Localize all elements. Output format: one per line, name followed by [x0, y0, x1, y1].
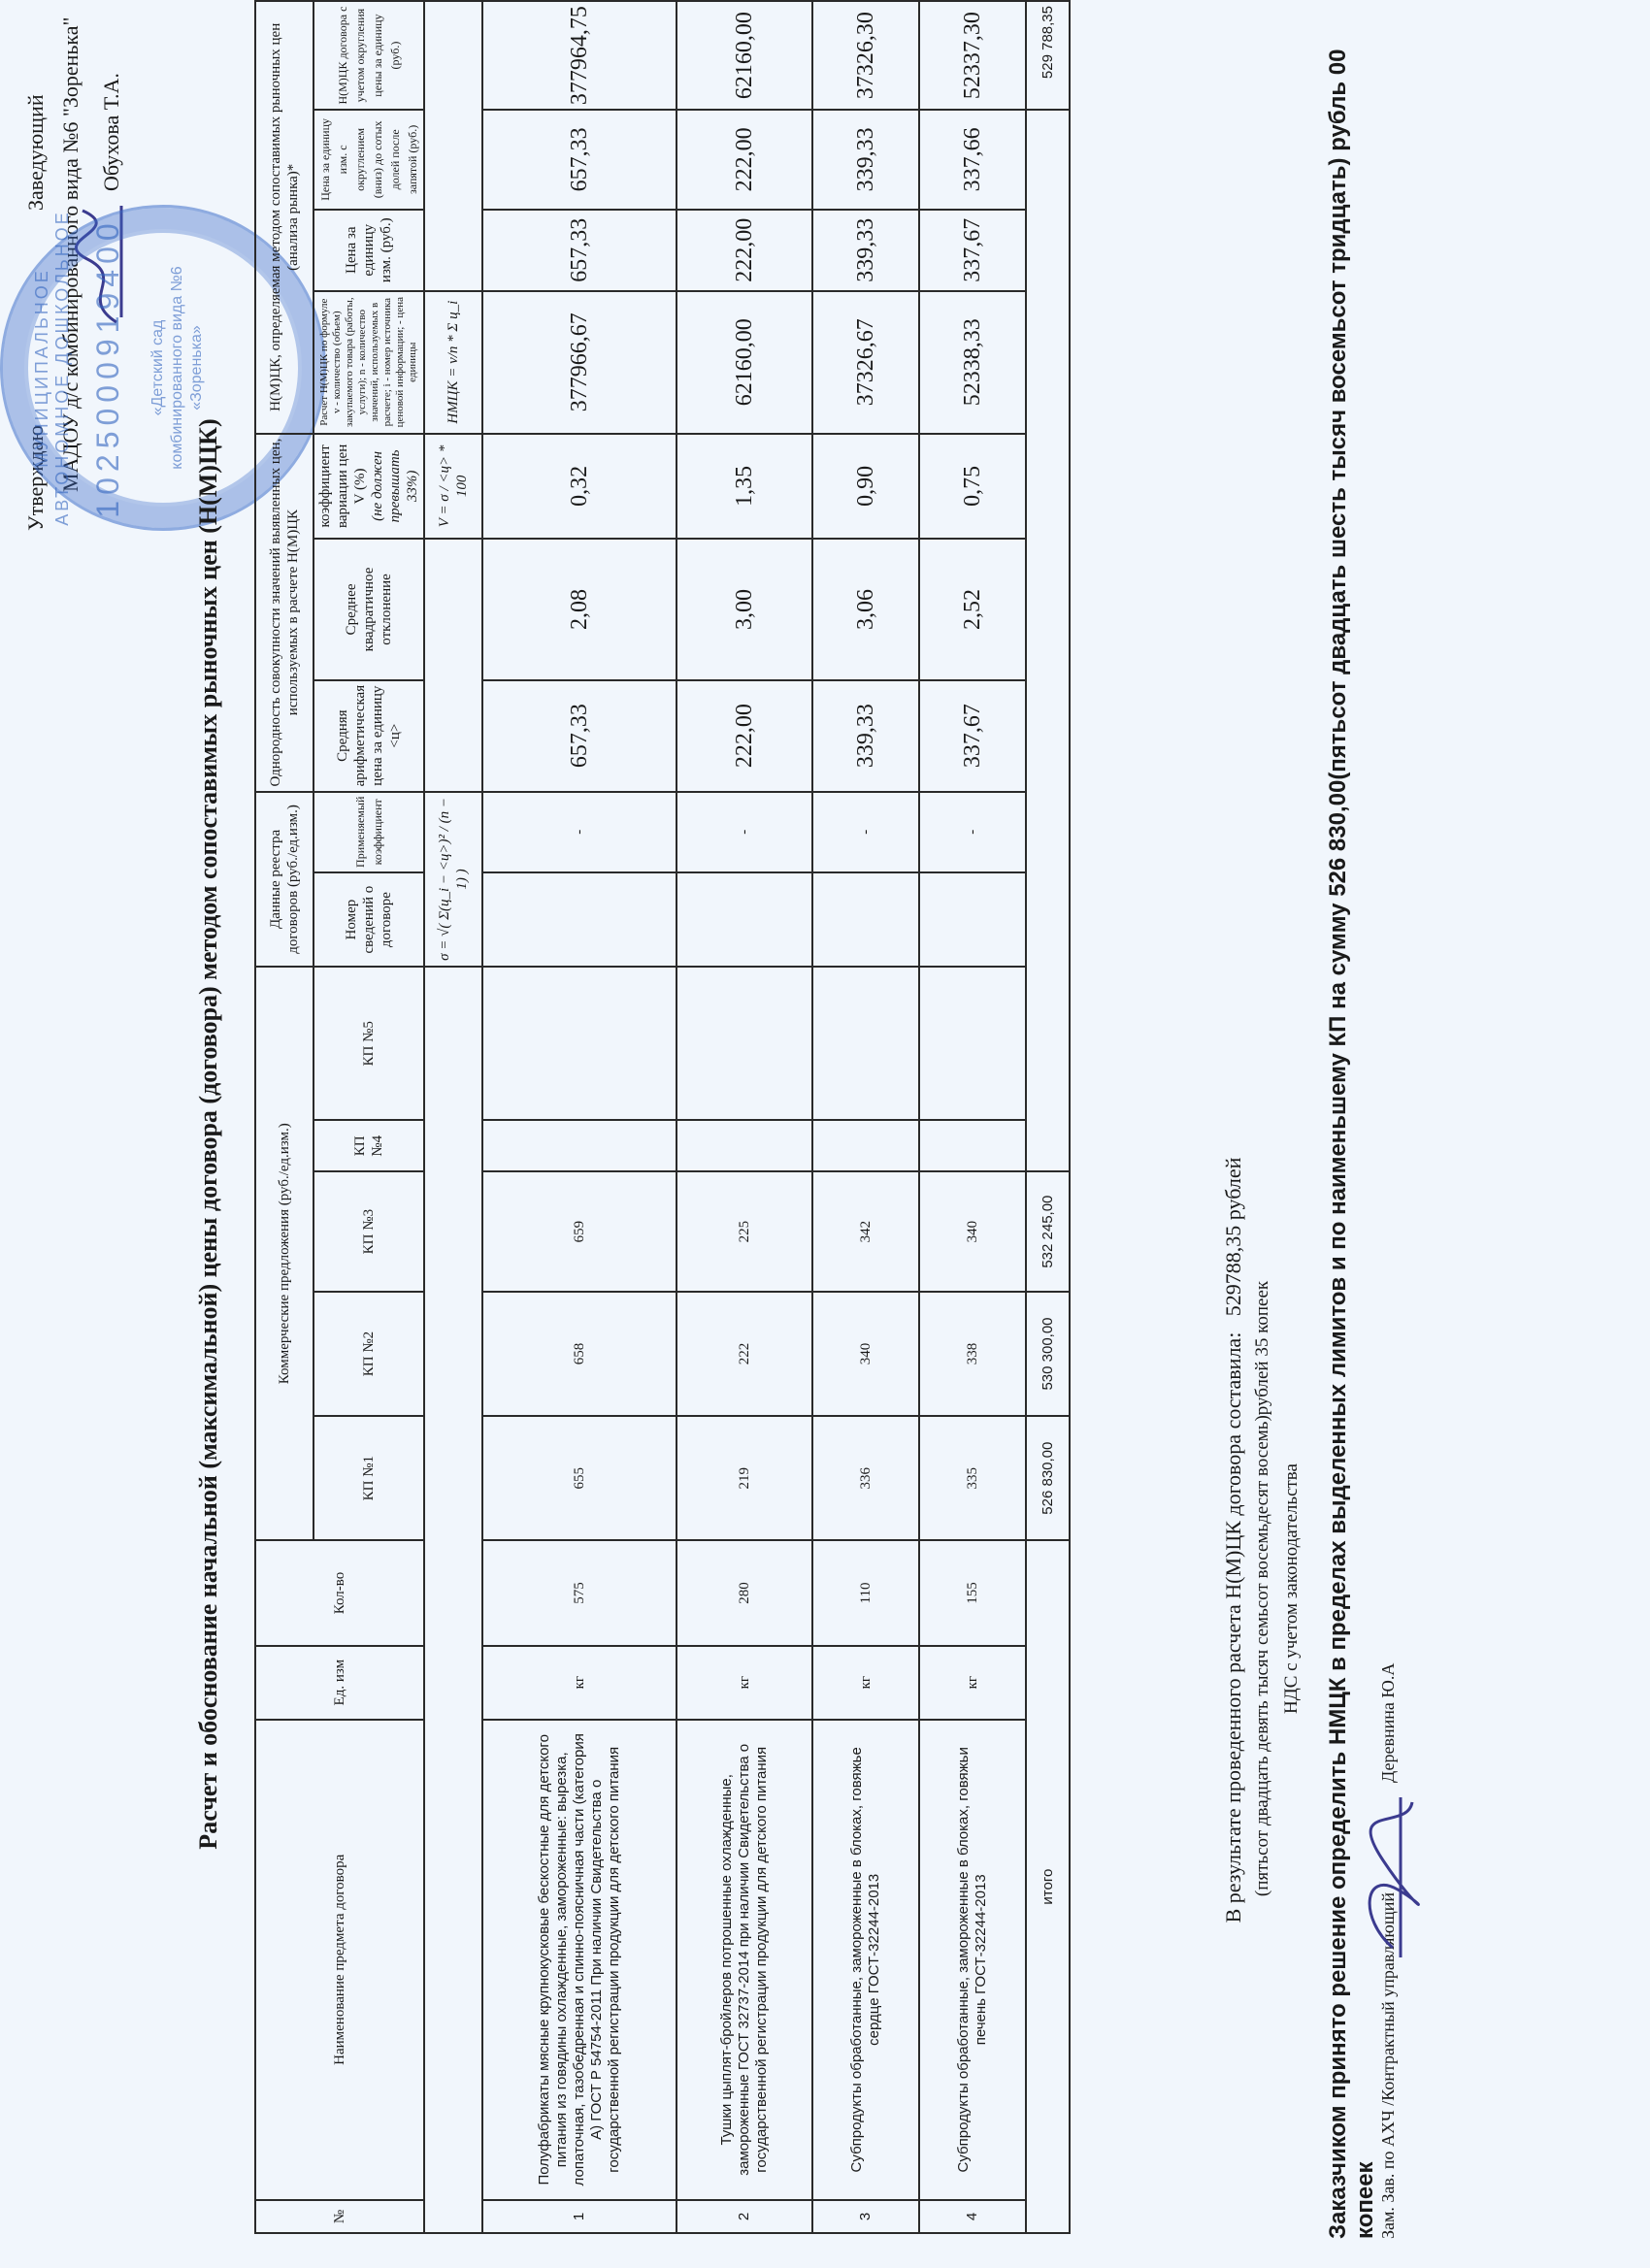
row-kp5	[919, 967, 1026, 1120]
row-kp4	[676, 1120, 812, 1171]
header-registry-group: Данные реестра договоров (руб./ед.изм.)	[255, 792, 313, 968]
row-kp5	[482, 967, 676, 1120]
signer-name: Деревнина Ю.А	[1378, 1663, 1399, 1783]
row-registry-no	[919, 872, 1026, 967]
totals-row: итого 526 830,00 530 300,00 532 245,00 5…	[1026, 1, 1070, 2233]
row-unit: кг	[919, 1646, 1026, 1720]
result-vat-note: НДС с учетом законодательства	[1281, 909, 1303, 2268]
row-sigma: 3,06	[812, 539, 919, 679]
row-registry-no	[676, 872, 812, 967]
row-registry-no	[812, 872, 919, 967]
row-total: 377964,75	[482, 1, 676, 110]
row-name: Тушки цыплят-бройлеров потрошенные охлаж…	[676, 1720, 812, 2200]
row-kp4	[812, 1120, 919, 1171]
row-kp3: 340	[919, 1171, 1026, 1292]
row-name: Субпродукты обработанные, замороженные в…	[812, 1720, 919, 2200]
result-line-1: В результате проведенного расчета Н(М)ЦК…	[1221, 812, 1246, 2268]
row-variation: 0,75	[919, 434, 1026, 540]
totals-label: итого	[1026, 1540, 1070, 2233]
totals-grand-total: 529 788,35	[1026, 1, 1070, 110]
row-kp1: 336	[812, 1416, 919, 1540]
row-kp3: 225	[676, 1171, 812, 1292]
row-sigma: 2,08	[482, 539, 676, 679]
row-unit-price: 337,67	[919, 210, 1026, 291]
header-calc-note: v - количество (объем) закупаемого товар…	[331, 297, 418, 427]
row-calc: 62160,00	[676, 291, 812, 434]
row-total: 62160,00	[676, 1, 812, 110]
row-kp2: 338	[919, 1292, 1026, 1416]
formula-row: σ = √( Σ(ц_i − <ц>)² / (n − 1) ) V = σ /…	[424, 1, 482, 2233]
totals-kp1: 526 830,00	[1026, 1416, 1070, 1540]
nmck-formula: НМЦК = v/n * Σ ц_i	[424, 291, 482, 434]
table-row: 2Тушки цыплят-бройлеров потрошенные охла…	[676, 1, 812, 2233]
row-kp4	[919, 1120, 1026, 1171]
row-mean: 337,67	[919, 680, 1026, 792]
result-amount-words: (пятьсот двадцать девять тысяч семьсот в…	[1252, 909, 1273, 2268]
header-variation: коэффициент вариации цен V (%) (не долже…	[313, 434, 424, 540]
row-registry-no	[482, 872, 676, 967]
row-num: 4	[919, 2200, 1026, 2233]
header-calc-label: Расчет Н(М)ЦК по формуле	[318, 299, 330, 426]
header-kp2: КП №2	[313, 1292, 424, 1416]
header-calc: Расчет Н(М)ЦК по формуле v - количество …	[313, 291, 424, 434]
header-kp4: КП №4	[313, 1120, 424, 1171]
stamp-code: 1025000919400	[90, 208, 126, 528]
header-kp3: КП №3	[313, 1171, 424, 1292]
row-total: 37326,30	[812, 1, 919, 110]
result-intro: В результате проведенного расчета Н(М)ЦК…	[1221, 1332, 1245, 1923]
row-mean: 222,00	[676, 680, 812, 792]
row-coef: -	[676, 792, 812, 872]
row-variation: 0,32	[482, 434, 676, 540]
variation-formula: V = σ / <ц> * 100	[424, 434, 482, 540]
table-row: 1Полуфабрикаты мясные крупнокусковые бес…	[482, 1, 676, 2233]
row-coef: -	[919, 792, 1026, 872]
header-coef: Применяемый коэффициент	[313, 792, 424, 872]
header-registry-no: Номер сведений о договоре	[313, 872, 424, 967]
header-total: Н(М)ЦК договора с учетом округления цены…	[313, 1, 424, 110]
row-kp3: 659	[482, 1171, 676, 1292]
price-calculation-table: № Наименование предмета договора Ед. изм…	[254, 0, 1071, 2234]
row-kp1: 335	[919, 1416, 1026, 1540]
row-qty: 575	[482, 1540, 676, 1645]
header-variation-label: коэффициент вариации цен V (%)	[317, 444, 368, 528]
row-unit-price: 222,00	[676, 210, 812, 291]
row-kp2: 658	[482, 1292, 676, 1416]
header-mean: Средняя арифметическая цена за единицу <…	[313, 680, 424, 792]
totals-kp3: 532 245,00	[1026, 1171, 1070, 1292]
row-kp1: 219	[676, 1416, 812, 1540]
document-title: Расчет и обоснование начальной (максимал…	[194, 0, 223, 2268]
row-sigma: 3,00	[676, 539, 812, 679]
row-num: 2	[676, 2200, 812, 2233]
row-mean: 657,33	[482, 680, 676, 792]
row-qty: 280	[676, 1540, 812, 1645]
row-name: Полуфабрикаты мясные крупнокусковые беск…	[482, 1720, 676, 2200]
row-kp4	[482, 1120, 676, 1171]
header-sigma: Среднее квадратичное отклонение	[313, 539, 424, 679]
header-unit-price-rounded: Цена за единицу изм. с округлением (вниз…	[313, 110, 424, 209]
row-unit: кг	[482, 1646, 676, 1720]
row-mean: 339,33	[812, 680, 919, 792]
row-sigma: 2,52	[919, 539, 1026, 679]
row-name: Субпродукты обработанные, замороженные в…	[919, 1720, 1026, 2200]
table-body: 1Полуфабрикаты мясные крупнокусковые бес…	[482, 1, 1026, 2233]
header-unit: Ед. изм	[255, 1646, 424, 1720]
row-kp3: 342	[812, 1171, 919, 1292]
row-variation: 0,90	[812, 434, 919, 540]
signer-signature-icon	[1354, 1792, 1427, 1957]
row-unit-price: 339,33	[812, 210, 919, 291]
approval-position: Заведующий	[21, 94, 50, 211]
row-num: 3	[812, 2200, 919, 2233]
table-row: 4Субпродукты обработанные, замороженные …	[919, 1, 1026, 2233]
row-kp2: 222	[676, 1292, 812, 1416]
totals-kp2: 530 300,00	[1026, 1292, 1070, 1416]
row-kp5	[812, 967, 919, 1120]
header-num: №	[255, 2200, 424, 2233]
row-calc: 52338,33	[919, 291, 1026, 434]
header-unit-price: Цена за единицу изм. (руб.)	[313, 210, 424, 291]
header-homogeneity-group: Однородность совокупности значений выявл…	[255, 434, 313, 792]
row-calc: 37326,67	[812, 291, 919, 434]
header-offers-group: Коммерческие предложения (руб./ед.изм.)	[255, 967, 313, 1540]
row-coef: -	[482, 792, 676, 872]
row-unit: кг	[676, 1646, 812, 1720]
row-kp1: 655	[482, 1416, 676, 1540]
row-unit-price: 657,33	[482, 210, 676, 291]
header-qty: Кол-во	[255, 1540, 424, 1645]
stamp-ring-text: МУНИЦИПАЛЬНОЕ АВТОНОМНОЕ ДОШКОЛЬНОЕ	[32, 208, 73, 528]
header-nmck-group: Н(М)ЦК, определяемая методом сопоставимы…	[255, 1, 313, 434]
row-unit-price-rounded: 339,33	[812, 110, 919, 209]
result-amount: 529788,35 рублей	[1221, 1158, 1245, 1317]
header-row-groups: № Наименование предмета договора Ед. изм…	[255, 1, 313, 2233]
sigma-formula: σ = √( Σ(ц_i − <ц>)² / (n − 1) )	[424, 792, 482, 968]
document-page: Утверждаю Заведующий МАДОУ д/с комбиниро…	[0, 0, 1650, 2268]
row-kp2: 340	[812, 1292, 919, 1416]
approval-signer: Обухова Т.А.	[97, 73, 126, 191]
header-name: Наименование предмета договора	[255, 1720, 424, 2200]
row-variation: 1,35	[676, 434, 812, 540]
row-unit: кг	[812, 1646, 919, 1720]
row-kp5	[676, 967, 812, 1120]
header-variation-note: (не должен превышать 33%)	[370, 450, 420, 523]
table-row: 3Субпродукты обработанные, замороженные …	[812, 1, 919, 2233]
row-calc: 377966,67	[482, 291, 676, 434]
row-num: 1	[482, 2200, 676, 2233]
header-kp1: КП №1	[313, 1416, 424, 1540]
row-unit-price-rounded: 222,00	[676, 110, 812, 209]
row-unit-price-rounded: 337,66	[919, 110, 1026, 209]
row-qty: 110	[812, 1540, 919, 1645]
row-qty: 155	[919, 1540, 1026, 1645]
header-kp5: КП №5	[313, 967, 424, 1120]
row-unit-price-rounded: 657,33	[482, 110, 676, 209]
row-total: 52337,30	[919, 1, 1026, 110]
row-coef: -	[812, 792, 919, 872]
